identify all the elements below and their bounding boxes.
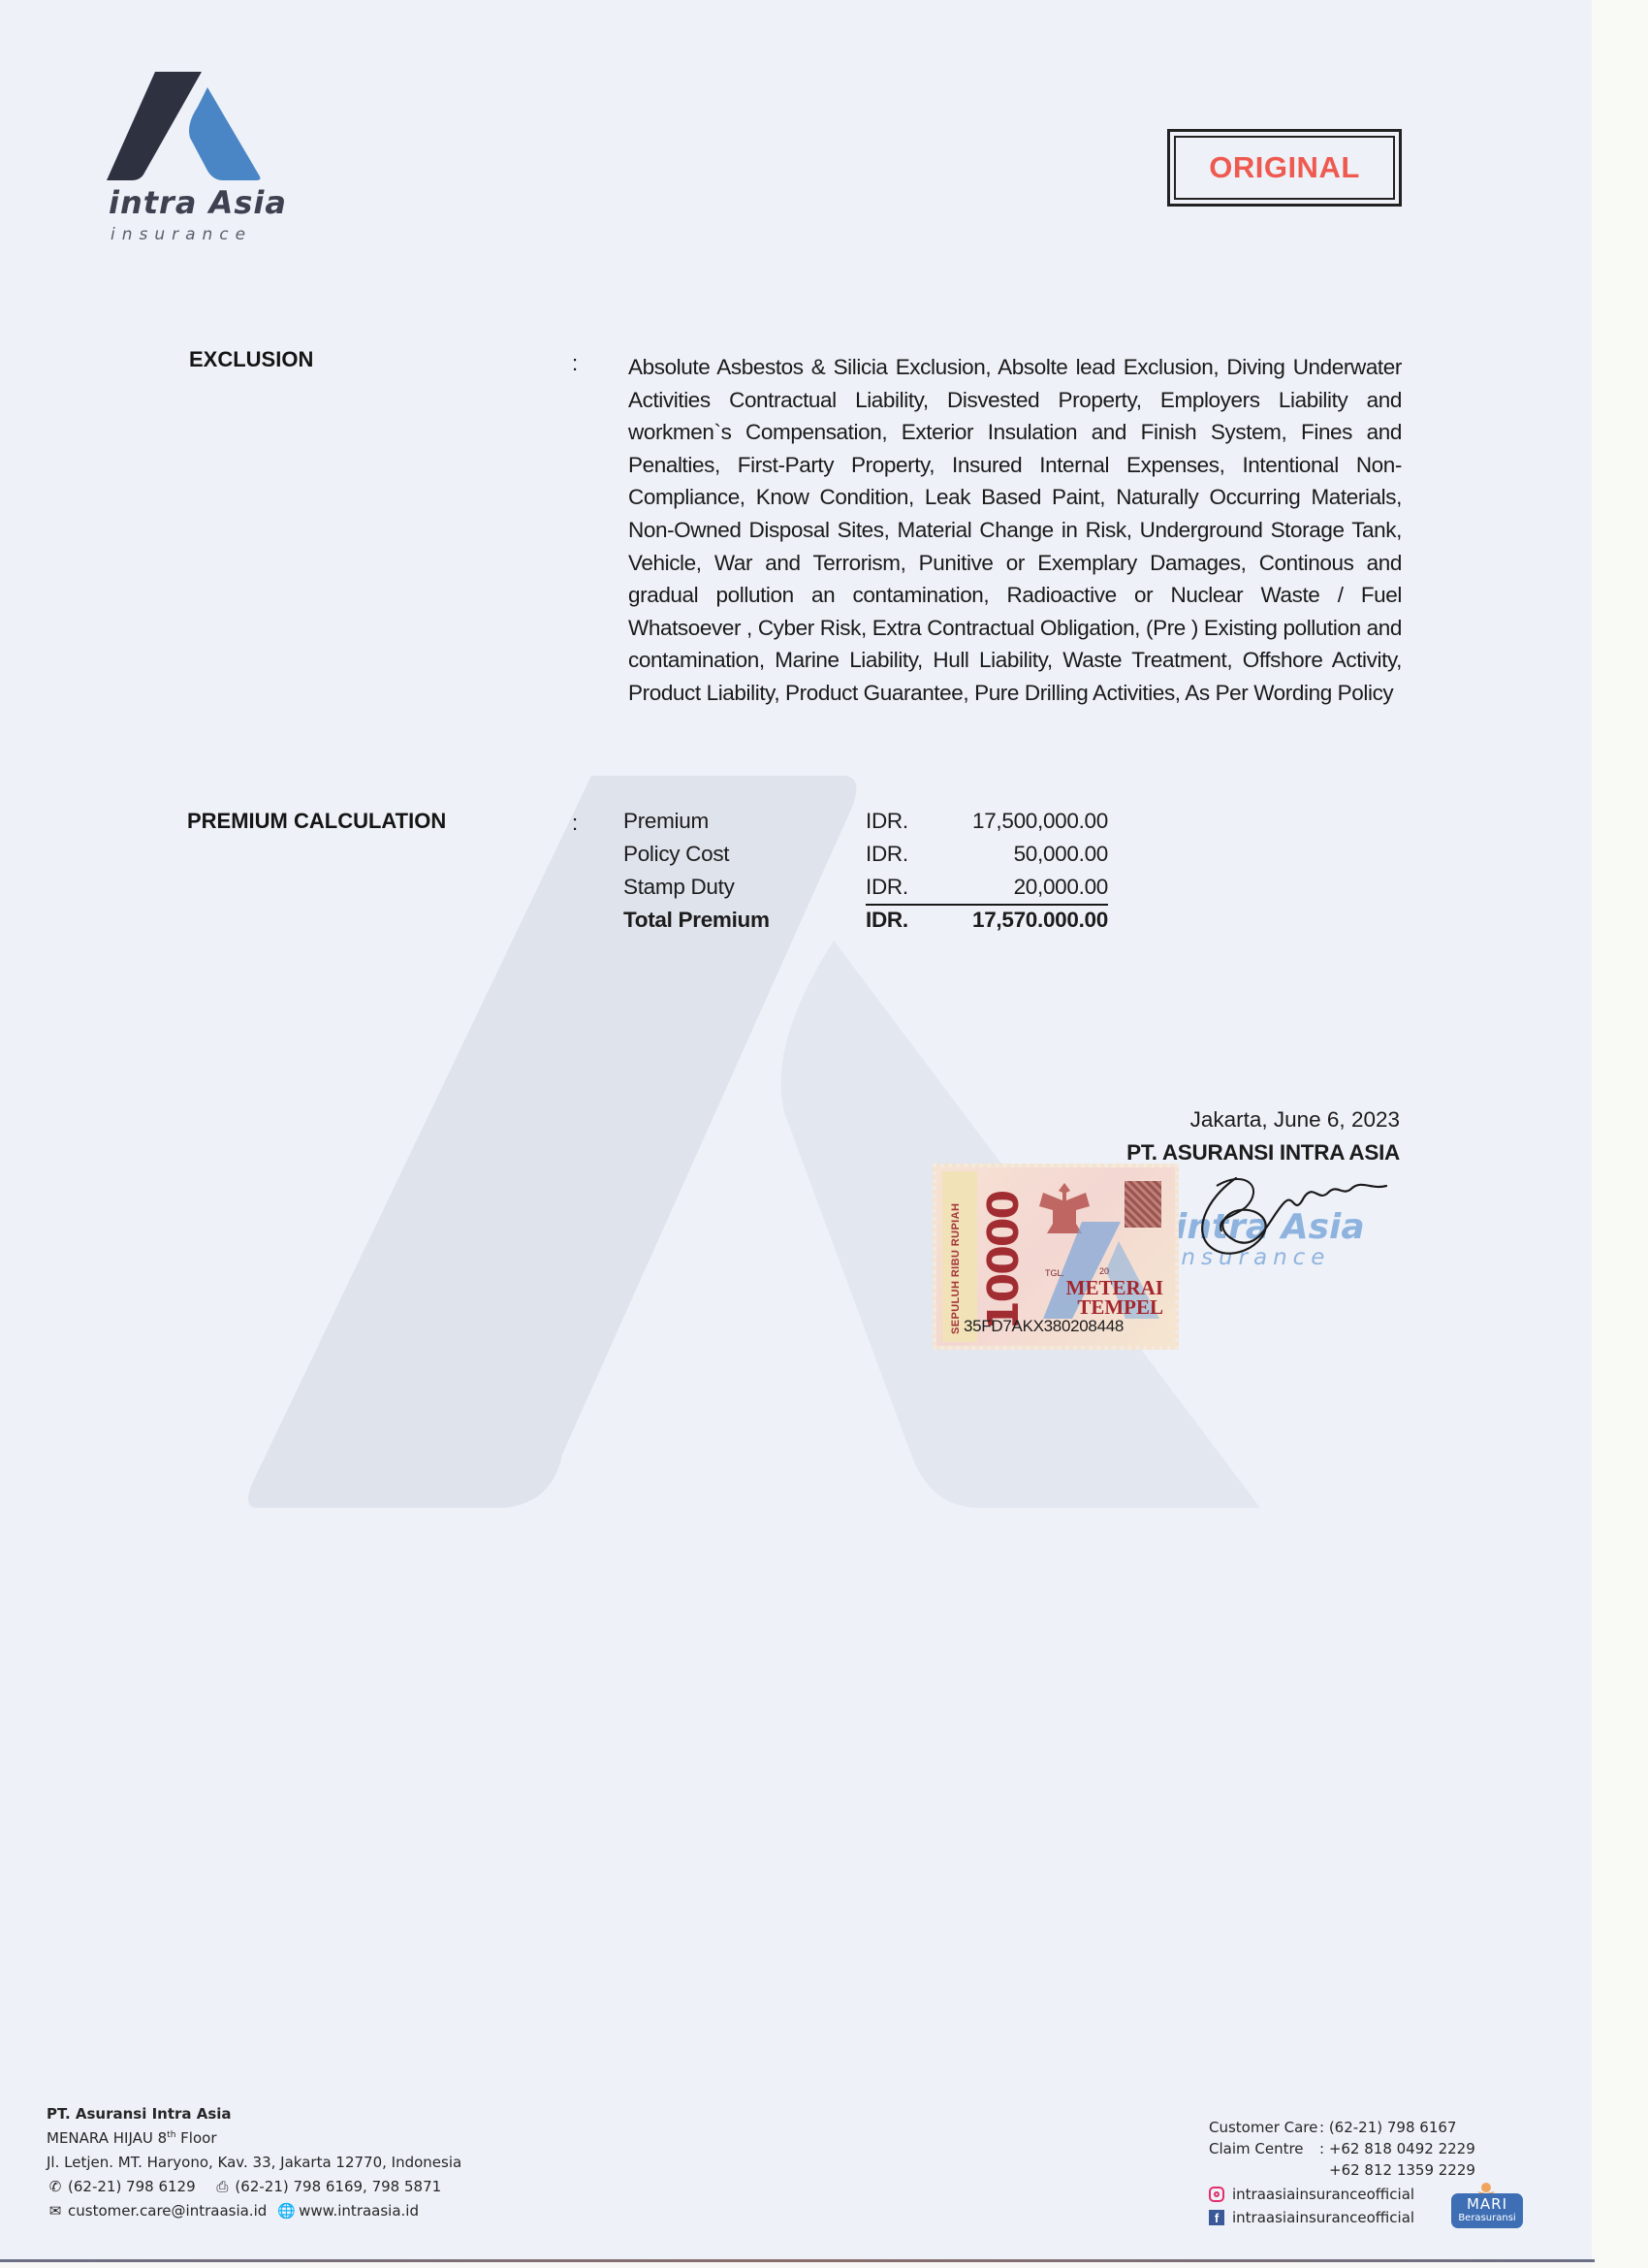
customer-care-line: Customer Care: (62-21) 798 6167 — [1209, 2119, 1475, 2140]
badge-line-2: Berasuransi — [1451, 2213, 1523, 2224]
revenue-stamp: SEPULUH RIBU RUPIAH 10000 TGL. 20 METERA… — [933, 1164, 1179, 1350]
premium-calculation-colon: : — [572, 811, 578, 836]
footer-email[interactable]: customer.care@intraasia.id — [68, 2202, 267, 2220]
footer-building: MENARA HIJAU 8th Floor — [47, 2129, 461, 2154]
badge-line-1: MARI — [1451, 2195, 1523, 2213]
stamp-value-words: SEPULUH RIBU RUPIAH — [950, 1203, 962, 1334]
total-premium-row: Total Premium IDR. 17,570.000.00 — [623, 908, 1108, 941]
customer-care-value[interactable]: : (62-21) 798 6167 — [1319, 2119, 1456, 2136]
phone-icon: ✆ — [47, 2178, 64, 2195]
logo-mark-icon — [105, 70, 269, 181]
original-stamp: ORIGINAL — [1167, 129, 1402, 207]
stamp-duty-row: Stamp Duty IDR. 20,000.00 — [623, 875, 1108, 908]
footer-phones: ✆(62-21) 798 6129 ⎙(62-21) 798 6169, 798… — [47, 2178, 461, 2202]
footer-street: Jl. Letjen. MT. Haryono, Kav. 33, Jakart… — [47, 2154, 461, 2178]
company-logo: intra Asia insurance — [105, 70, 269, 244]
row-name: Policy Cost — [623, 842, 729, 867]
footer-address: PT. Asuransi Intra Asia MENARA HIJAU 8th… — [47, 2105, 461, 2226]
instagram-icon — [1209, 2187, 1224, 2202]
customer-care-label: Customer Care — [1209, 2119, 1319, 2136]
place-date: Jakarta, June 6, 2023 — [1190, 1107, 1400, 1133]
row-name: Total Premium — [623, 908, 770, 933]
instagram-handle[interactable]: intraasiainsuranceofficial — [1232, 2186, 1414, 2203]
footer-fax: (62-21) 798 6169, 798 5871 — [235, 2178, 441, 2195]
row-amount: 20,000.00 — [1014, 875, 1108, 900]
original-stamp-text: ORIGINAL — [1209, 150, 1360, 185]
claim-centre-value-2[interactable]: +62 812 1359 2229 — [1329, 2161, 1475, 2179]
logo-title: intra Asia — [109, 184, 287, 221]
row-currency: IDR. — [866, 908, 908, 933]
row-name: Stamp Duty — [623, 875, 735, 900]
stamp-serial: 35FD7AKX380208448 — [964, 1317, 1124, 1336]
building-name: MENARA HIJAU 8 — [47, 2129, 167, 2147]
footer-service-contacts: Customer Care: (62-21) 798 6167 Claim Ce… — [1209, 2119, 1475, 2229]
stamp-ornament — [1125, 1181, 1161, 1228]
footer-rule — [0, 2259, 1595, 2262]
premium-row: Premium IDR. 17,500,000.00 — [623, 809, 1108, 842]
row-currency: IDR. — [866, 842, 908, 867]
footer-website[interactable]: www.intraasia.id — [299, 2202, 419, 2220]
facebook-line: fintraasiainsuranceofficial — [1209, 2206, 1475, 2229]
row-name: Premium — [623, 809, 709, 834]
exclusion-label: EXCLUSION — [189, 347, 313, 372]
instagram-line: intraasiainsuranceofficial — [1209, 2183, 1475, 2206]
globe-icon: 🌐 — [277, 2202, 295, 2220]
row-amount: 17,570.000.00 — [972, 908, 1108, 933]
page-edge — [1592, 0, 1648, 2268]
footer-company: PT. Asuransi Intra Asia — [47, 2105, 461, 2129]
exclusion-text: Absolute Asbestos & Silicia Exclusion, A… — [628, 351, 1402, 710]
mail-icon: ✉ — [47, 2202, 64, 2220]
stamp-date-label: TGL. — [1045, 1268, 1064, 1278]
facebook-handle[interactable]: intraasiainsuranceofficial — [1232, 2209, 1414, 2226]
stamp-value: 10000 — [979, 1192, 1029, 1330]
row-currency: IDR. — [866, 875, 908, 900]
exclusion-colon: : — [572, 351, 578, 376]
row-amount: 50,000.00 — [1014, 842, 1108, 867]
claim-centre-line: Claim Centre: +62 818 0492 2229 — [1209, 2140, 1475, 2161]
premium-table: Premium IDR. 17,500,000.00 Policy Cost I… — [623, 809, 1108, 941]
footer-phone[interactable]: (62-21) 798 6129 — [68, 2178, 196, 2195]
facebook-icon: f — [1209, 2210, 1224, 2225]
mari-berasuransi-badge: MARI Berasuransi — [1451, 2193, 1523, 2228]
claim-centre-value-1[interactable]: : +62 818 0492 2229 — [1319, 2140, 1475, 2157]
logo-subtitle: insurance — [111, 225, 252, 244]
policy-cost-row: Policy Cost IDR. 50,000.00 — [623, 842, 1108, 875]
building-floor-suffix: Floor — [175, 2129, 216, 2147]
subtotal-rule — [866, 904, 1108, 906]
fax-icon: ⎙ — [213, 2178, 231, 2195]
footer-contact: ✉customer.care@intraasia.id 🌐www.intraas… — [47, 2202, 461, 2226]
premium-calculation-label: PREMIUM CALCULATION — [187, 809, 446, 834]
stamp-year-label: 20 — [1099, 1266, 1109, 1276]
claim-centre-line-2: +62 812 1359 2229 — [1209, 2161, 1475, 2183]
row-amount: 17,500,000.00 — [972, 809, 1108, 834]
claim-centre-label: Claim Centre — [1209, 2140, 1319, 2157]
handwritten-signature — [1178, 1159, 1401, 1275]
row-currency: IDR. — [866, 809, 908, 834]
